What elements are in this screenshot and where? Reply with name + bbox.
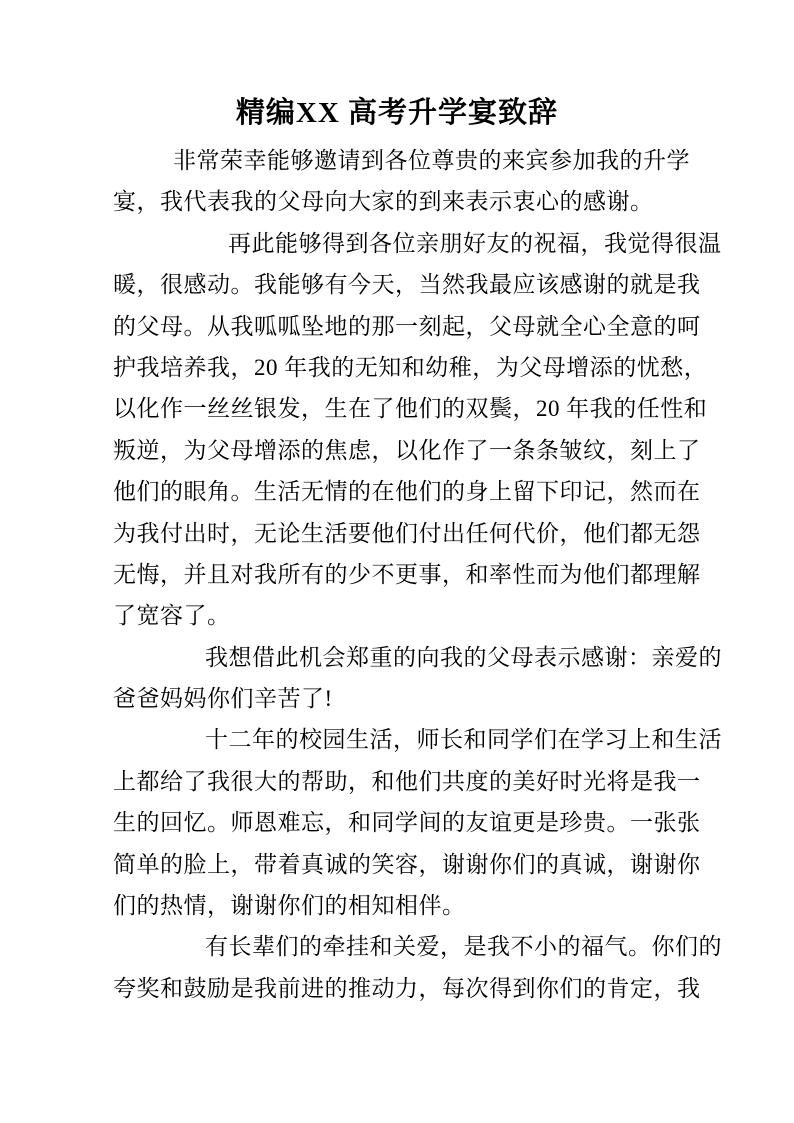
text-line: 无悔，并且对我所有的少不更事，和率性而为他们都理解 [113,554,713,595]
document-page: 精编XX 高考升学宴致辞 非常荣幸能够邀请到各位尊贵的来宾参加我的升学 宴，我代… [0,0,794,1123]
text-line: 叛逆，为父母增添的焦虑，以化作了一条条皱纹，刻上了 [113,430,713,471]
text-line: 再此能够得到各位亲朋好友的祝福，我觉得很温 [113,223,713,264]
text-line: 上都给了我很大的帮助，和他们共度的美好时光将是我一 [113,761,713,802]
text-line: 十二年的校园生活，师长和同学们在学习上和生活 [113,719,713,760]
paragraph-4: 十二年的校园生活，师长和同学们在学习上和生活 上都给了我很大的帮助，和他们共度的… [113,719,713,926]
document-title: 精编XX 高考升学宴致辞 [0,96,794,130]
paragraph-1: 非常荣幸能够邀请到各位尊贵的来宾参加我的升学 宴，我代表我的父母向大家的到来表示… [113,140,713,223]
paragraph-2: 再此能够得到各位亲朋好友的祝福，我觉得很温 暖，很感动。我能够有今天，当然我最应… [113,223,713,637]
text-line: 的父母。从我呱呱坠地的那一刻起，父母就全心全意的呵 [113,306,713,347]
text-line: 为我付出时，无论生活要他们付出任何代价，他们都无怨 [113,513,713,554]
text-line: 以化作一丝丝银发，生在了他们的双鬓，20 年我的任性和 [113,388,713,429]
paragraph-3: 我想借此机会郑重的向我的父母表示感谢：亲爱的 爸爸妈妈你们辛苦了! [113,637,713,720]
text-line: 宴，我代表我的父母向大家的到来表示衷心的感谢。 [113,181,713,222]
text-line: 生的回忆。师恩难忘，和同学间的友谊更是珍贵。一张张 [113,802,713,843]
text-line: 们的热情，谢谢你们的相知相伴。 [113,885,713,926]
text-line: 我想借此机会郑重的向我的父母表示感谢：亲爱的 [113,637,713,678]
text-line: 他们的眼角。生活无情的在他们的身上留下印记，然而在 [113,471,713,512]
text-line: 简单的脸上，带着真诚的笑容，谢谢你们的真诚，谢谢你 [113,844,713,885]
text-line: 夸奖和鼓励是我前进的推动力，每次得到你们的肯定，我 [113,968,713,1009]
document-body: 非常荣幸能够邀请到各位尊贵的来宾参加我的升学 宴，我代表我的父母向大家的到来表示… [113,140,713,1009]
text-line: 暖，很感动。我能够有今天，当然我最应该感谢的就是我 [113,264,713,305]
paragraph-5: 有长辈们的牵挂和关爱，是我不小的福气。你们的 夸奖和鼓励是我前进的推动力，每次得… [113,926,713,1009]
text-line: 护我培养我，20 年我的无知和幼稚，为父母增添的忧愁， [113,347,713,388]
text-line: 有长辈们的牵挂和关爱，是我不小的福气。你们的 [113,926,713,967]
text-line: 了宽容了。 [113,595,713,636]
text-line: 非常荣幸能够邀请到各位尊贵的来宾参加我的升学 [113,140,713,181]
text-line: 爸爸妈妈你们辛苦了! [113,678,713,719]
